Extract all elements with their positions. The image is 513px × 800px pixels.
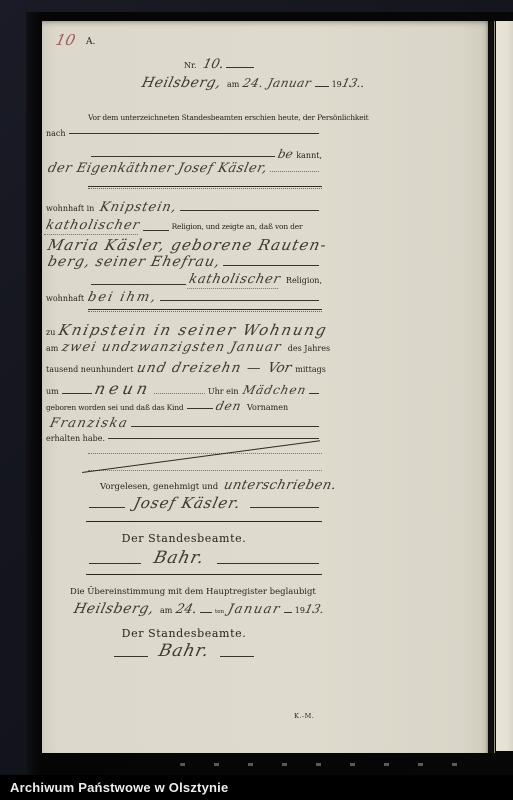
strike-through-line (82, 440, 320, 473)
wohnhaft-in-label: wohnhaft in (46, 204, 94, 213)
religion2-row: katholischer Religion, (88, 272, 322, 289)
am-label: am (46, 344, 58, 353)
fill-line (309, 393, 319, 394)
vornamen-label: Vornamen (247, 403, 288, 412)
registrar-title-row-1: Der Standesbeamte. (46, 532, 322, 545)
archive-watermark-bar: Archiwum Państwowe w Olsztynie (0, 775, 513, 800)
mother-name: Maria Käsler, geborene Rauten- (46, 236, 329, 254)
cert-ten-label: ten (215, 609, 224, 615)
cert-month: Januar (226, 602, 282, 617)
record-number-value: 10. (201, 57, 225, 72)
separator-rule (86, 521, 322, 522)
form-letter-row: A. (86, 37, 95, 47)
intro-text: Vor dem unterzeichneten Standesbeamten e… (88, 113, 368, 122)
archive-name-label: Archiwum Państwowe w Olsztynie (10, 780, 228, 795)
registrar-signature-1: Bahr. (152, 548, 207, 568)
erhalten-row: erhalten habe. (46, 434, 322, 443)
um-label: um (46, 387, 59, 396)
fill-line (284, 612, 292, 613)
child-name-value: Franziska (48, 416, 130, 431)
religion1-printed: Religion, und zeigte an, daß von der (172, 222, 303, 231)
birthhour-row: um neun Uhr ein Mädchen (46, 379, 322, 398)
fill-line (270, 171, 319, 172)
vor-handwritten: Vor (266, 360, 293, 376)
bekannt-printed: kannt, (296, 151, 322, 160)
vorgelesen-row: Vorgelesen, genehmigt und unterschrieben… (100, 478, 337, 493)
fill-line (200, 612, 212, 613)
cert-place: Heilsberg, (72, 601, 156, 617)
unterschrieben-handwritten: unterschrieben. (222, 478, 338, 493)
fill-line (91, 156, 275, 157)
fill-line (89, 563, 141, 564)
fill-line (154, 393, 205, 394)
fill-line (250, 507, 319, 508)
cert-day: 24. (175, 602, 199, 617)
declarant-signature-row: Josef Käsler. (86, 494, 322, 512)
religion2-printed: Religion, (286, 276, 322, 285)
intro-row: Vor dem unterzeichneten Standesbeamten e… (88, 113, 368, 122)
nach-row: nach (46, 129, 322, 138)
fill-line (223, 265, 319, 266)
fill-line (160, 300, 319, 301)
zu-label: zu (46, 328, 55, 337)
wohnhaft-label: wohnhaft (46, 294, 84, 303)
tausend-label: tausend neunhundert (46, 365, 133, 374)
certification-dateline-row: Heilsberg, am 24. ten Januar 19 13. (74, 601, 324, 617)
registrar-title-2: Der Standesbeamte. (122, 627, 247, 640)
fill-line (315, 86, 329, 87)
des-jahres-label: des Jahres (288, 344, 330, 353)
residence-row: wohnhaft in Knipstein, (46, 200, 322, 215)
declarant-name: der Eigenkäthner Josef Käsler, (46, 161, 269, 176)
birthday-value: zwei undzwanzigsten Januar (61, 340, 284, 355)
next-page-edge (496, 21, 513, 751)
mittags-label: mittags (295, 365, 326, 374)
cert-am-label: am (160, 606, 172, 615)
wohnhaft-value: bei ihm, (86, 290, 159, 305)
nach-label: nach (46, 129, 66, 138)
form-letter: A. (86, 37, 95, 47)
printer-mark: K.-M. (294, 712, 314, 720)
certification-row: Die Übereinstimmung mit dem Hauptregiste… (70, 587, 316, 597)
fill-line (217, 563, 319, 564)
geboren-label: geboren worden sei und daß das Kind (46, 403, 184, 412)
scanned-register-photo: 10 A. Nr. 10. Heilsberg, am 24. Januar 1… (0, 0, 513, 800)
fill-line (91, 284, 186, 285)
erhalten-label: erhalten habe. (46, 434, 105, 443)
fill-line (62, 393, 92, 394)
birthday-row: am zwei undzwanzigsten Januar des Jahres (46, 340, 322, 355)
dateline-place: Heilsberg, (140, 75, 223, 91)
religion1-handwritten: katholischer (44, 218, 142, 235)
mother-name-continued: berg, seiner Ehefrau, (46, 254, 222, 270)
birthyear-row: tausend neunhundert und dreizehn — Vor m… (46, 360, 322, 376)
registrar-signature-2: Bahr. (157, 641, 212, 661)
bekannt-handwritten: be (276, 147, 294, 161)
printer-mark-row: K.-M. (294, 712, 314, 720)
fill-line (187, 408, 213, 409)
bekannt-row: be kannt, (88, 147, 322, 161)
registrar-signature-row-1: Bahr. (86, 548, 322, 568)
religion2-handwritten: katholischer (187, 272, 282, 289)
child-gender-value: Mädchen (241, 383, 308, 397)
child-row: geboren worden sei und daß das Kind den … (46, 399, 322, 413)
declarant-signature: Josef Käsler. (132, 494, 243, 512)
record-number-label: Nr. (184, 61, 197, 70)
fill-line (143, 230, 169, 231)
certification-text: Die Übereinstimmung mit dem Hauptregiste… (70, 587, 316, 597)
fill-line (220, 656, 254, 657)
dateline-year-written: 13.. (340, 76, 366, 90)
cover-scuff-marks (180, 763, 480, 766)
section-rule (88, 186, 322, 189)
blank-dotted-line (88, 470, 322, 471)
dateline-day: 24. Januar (242, 76, 313, 90)
registrar-title-row-2: Der Standesbeamte. (46, 627, 322, 640)
uhr-ein-label: Uhr ein (208, 387, 239, 396)
document-page: 10 A. Nr. 10. Heilsberg, am 24. Januar 1… (42, 21, 488, 753)
residence-value: Knipstein, (99, 200, 179, 215)
record-number-row: Nr. 10. (184, 57, 257, 72)
page-fold-crease (486, 21, 495, 753)
margin-page-number: 10 (54, 31, 77, 49)
mother-row-1: Maria Käsler, geborene Rauten- (48, 236, 322, 254)
fill-line (108, 438, 319, 439)
vorgelesen-label: Vorgelesen, genehmigt und (100, 482, 218, 492)
birthplace-value: Knipstein in seiner Wohnung (57, 321, 330, 339)
religion1-row: katholischer Religion, und zeigte an, da… (46, 218, 322, 235)
fill-line (226, 67, 254, 68)
registrar-title-1: Der Standesbeamte. (122, 532, 247, 545)
fill-line (131, 426, 319, 427)
birthyear-handwritten: und dreizehn — (135, 360, 264, 376)
dateline-am-label: am (227, 80, 239, 89)
fill-line (180, 210, 319, 211)
separator-rule (86, 574, 322, 575)
section-rule (88, 309, 322, 312)
fill-line (89, 507, 125, 508)
cert-year-written: 13. (303, 602, 325, 616)
dateline-row: Heilsberg, am 24. Januar 19 13.. (142, 75, 365, 91)
mother-row-2: berg, seiner Ehefrau, (48, 254, 322, 270)
den-handwritten: den (214, 399, 243, 413)
declarant-row: der Eigenkäthner Josef Käsler, (48, 161, 322, 176)
fill-line (114, 656, 148, 657)
child-name-row: Franziska (50, 416, 322, 431)
wohnhaft2-row: wohnhaft bei ihm, (46, 290, 322, 305)
fill-line (69, 133, 319, 134)
birthhour-value: neun (93, 379, 154, 398)
birthplace-row: zu Knipstein in seiner Wohnung (46, 321, 322, 339)
blank-dotted-line (88, 453, 322, 454)
registrar-signature-row-2: Bahr. (46, 641, 322, 661)
